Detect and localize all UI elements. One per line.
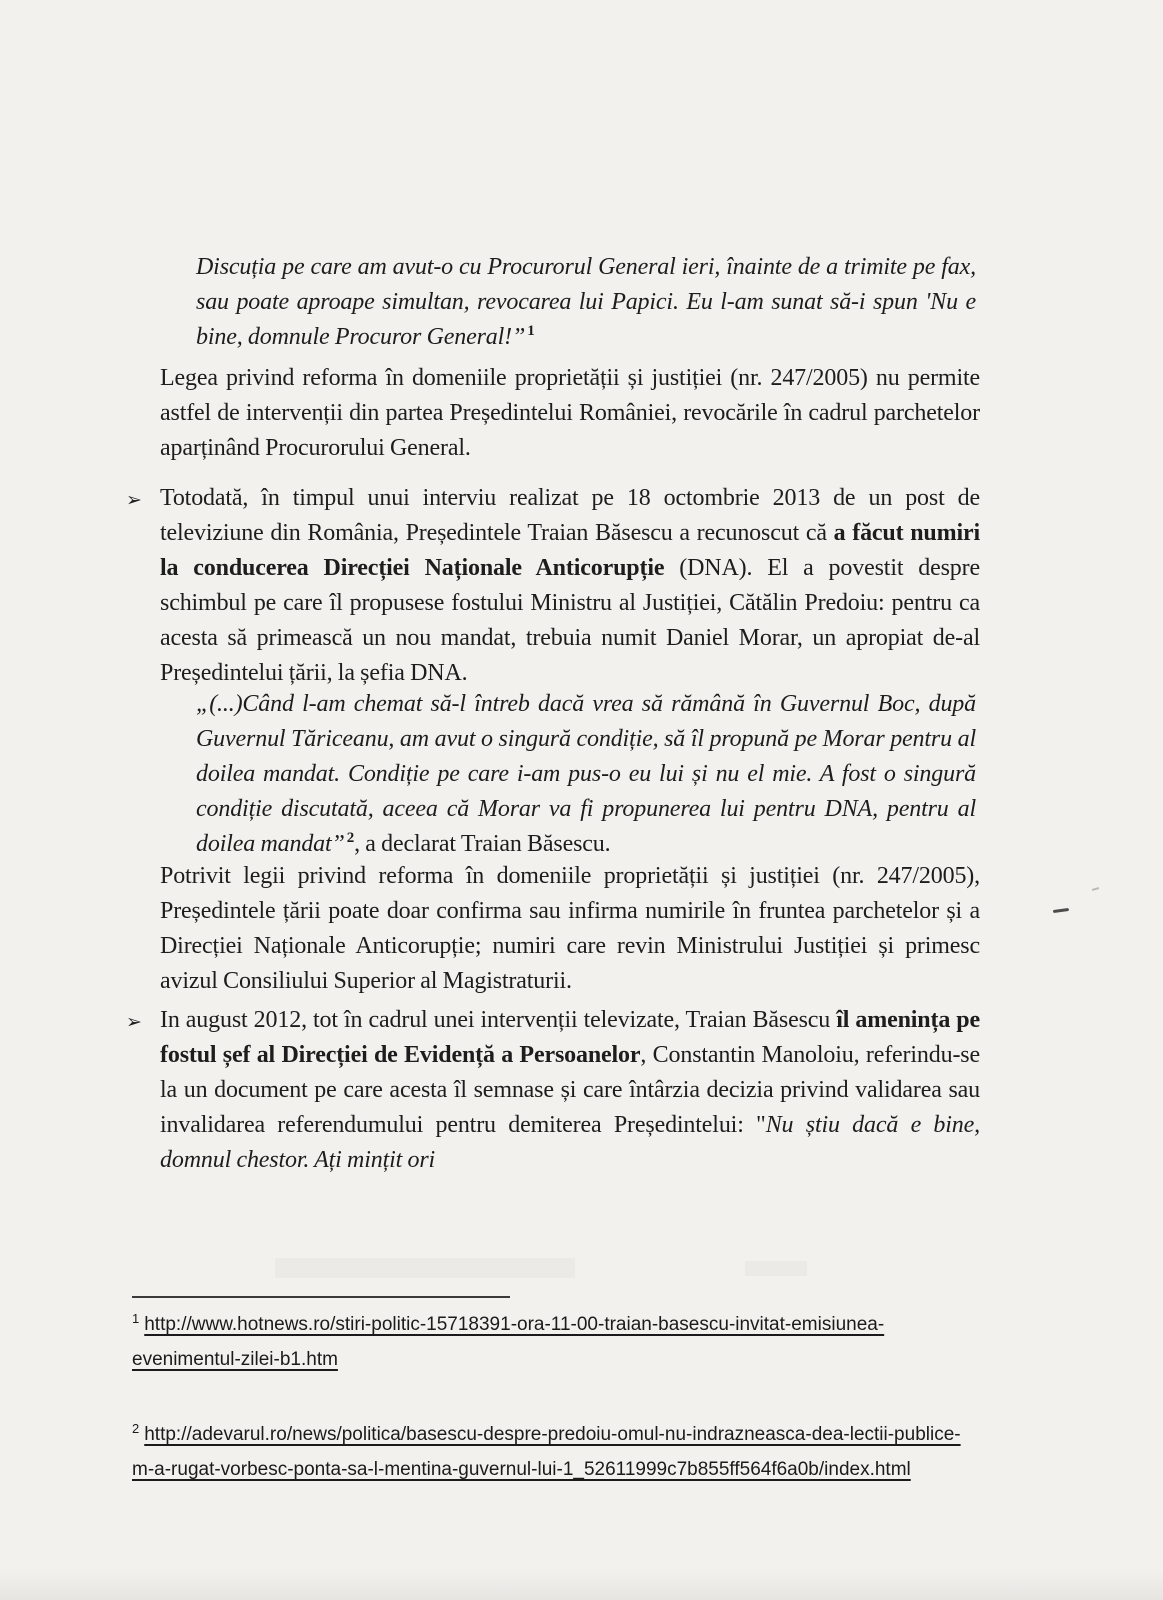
scan-smudge-artifact: [275, 1258, 575, 1278]
scan-dot-artifact: [1092, 887, 1099, 891]
text-segment-sup: 1: [527, 323, 534, 339]
bullet-arrow-icon: ➢: [126, 483, 142, 518]
quote-block-2: „(...)Când l-am chemat să-l întreb dacă …: [196, 687, 976, 862]
bullet-arrow-icon: ➢: [126, 1005, 142, 1040]
scan-dash-artifact: [1053, 908, 1069, 913]
footnote-1-link[interactable]: http://www.hotnews.ro/stiri-politic-1571…: [132, 1314, 884, 1370]
paragraph-potrivit-legii: Potrivit legii privind reforma în domeni…: [160, 859, 980, 999]
quote-block-1: Discuția pe care am avut-o cu Procurorul…: [196, 250, 976, 355]
paragraph-law-reform: Legea privind reforma în domeniile propr…: [160, 361, 980, 466]
text-segment-normal: Potrivit legii privind reforma în domeni…: [160, 863, 980, 994]
footnote-2-link[interactable]: http://adevarul.ro/news/politica/basescu…: [132, 1424, 961, 1480]
text-segment-normal: In august 2012, tot în cadrul unei inter…: [160, 1007, 836, 1033]
text-segment-sup: 2: [347, 830, 354, 846]
scanned-document-page: Discuția pe care am avut-o cu Procurorul…: [0, 0, 1163, 1600]
footnote-separator: [132, 1296, 510, 1298]
bullet-item-1: ➢ Totodată, în timpul unui interviu real…: [160, 481, 980, 691]
text-segment-normal: , a declarat Traian Băsescu.: [354, 831, 610, 857]
text-segment-italic: Discuția pe care am avut-o cu Procurorul…: [196, 254, 976, 350]
footnote-1: 1http://www.hotnews.ro/stiri-politic-157…: [132, 1307, 980, 1377]
footnote-1-marker: 1: [132, 1311, 139, 1326]
text-segment-normal: Legea privind reforma în domeniile propr…: [160, 365, 980, 461]
bullet-item-2: ➢ In august 2012, tot în cadrul unei int…: [160, 1003, 980, 1178]
footnote-2: 2http://adevarul.ro/news/politica/basesc…: [132, 1417, 980, 1487]
bullet-item-2-text: In august 2012, tot în cadrul unei inter…: [160, 1007, 980, 1173]
scan-smudge-artifact: [745, 1261, 807, 1276]
footnote-2-marker: 2: [132, 1421, 139, 1436]
bullet-item-1-text: Totodată, în timpul unui interviu realiz…: [160, 485, 980, 686]
scan-edge-shadow: [0, 1570, 1163, 1600]
